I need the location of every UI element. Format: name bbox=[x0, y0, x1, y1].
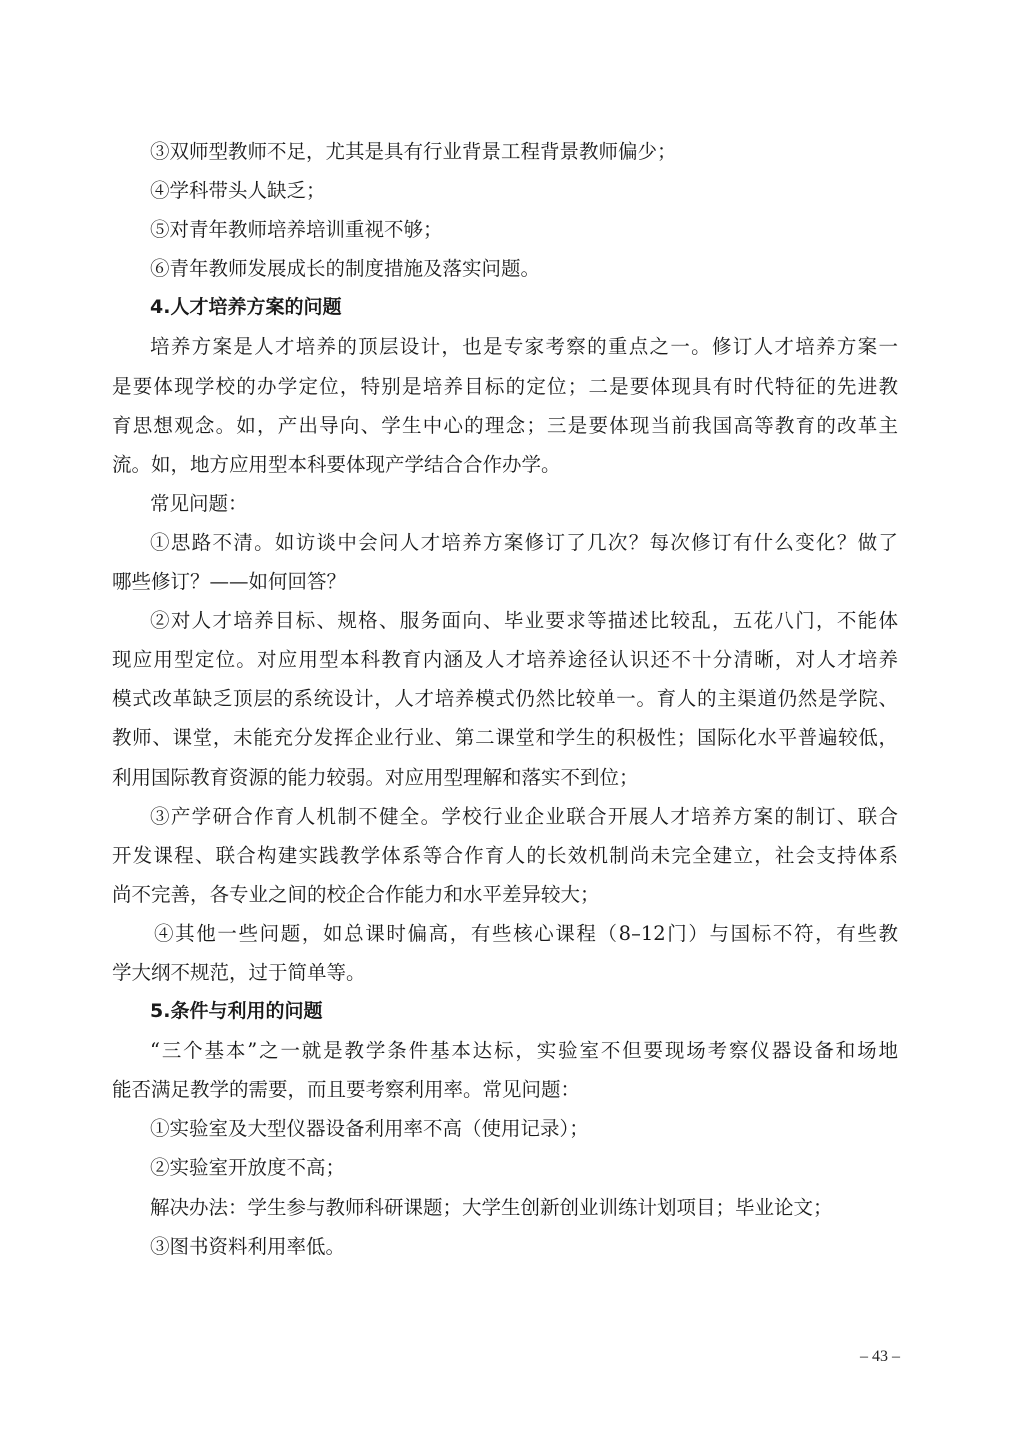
paragraph-line: ②对人才培养目标、规格、服务面向、毕业要求等描述比较乱，五花八门，不能体 bbox=[112, 601, 898, 640]
solution-line: 解决办法：学生参与教师科研课题；大学生创新创业训练计划项目；毕业论文； bbox=[112, 1188, 898, 1227]
list-item: ⑤对青年教师培养培训重视不够； bbox=[112, 210, 898, 249]
paragraph-line: 现应用型定位。对应用型本科教育内涵及人才培养途径认识还不十分清晰，对人才培养 bbox=[112, 640, 898, 679]
paragraph-line: 流。如，地方应用型本科要体现产学结合合作办学。 bbox=[112, 445, 898, 484]
paragraph-line: 是要体现学校的办学定位，特别是培养目标的定位；二是要体现具有时代特征的先进教 bbox=[112, 367, 898, 406]
paragraph-line: 哪些修订？——如何回答？ bbox=[112, 562, 898, 601]
paragraph-line: 培养方案是人才培养的顶层设计，也是专家考察的重点之一。修订人才培养方案一 bbox=[112, 327, 898, 366]
paragraph-line: 学大纲不规范，过于简单等。 bbox=[112, 953, 898, 992]
list-item: ③双师型教师不足，尤其是具有行业背景工程背景教师偏少； bbox=[112, 132, 898, 171]
list-item: ⑥青年教师发展成长的制度措施及落实问题。 bbox=[112, 249, 898, 288]
list-item: ④学科带头人缺乏； bbox=[112, 171, 898, 210]
section-heading: 5.条件与利用的问题 bbox=[112, 992, 898, 1031]
paragraph-line: 模式改革缺乏顶层的系统设计，人才培养模式仍然比较单一。育人的主渠道仍然是学院、 bbox=[112, 679, 898, 718]
paragraph-line: 能否满足教学的需要，而且要考察利用率。常见问题： bbox=[112, 1070, 898, 1109]
paragraph-line: ④其他一些问题，如总课时偏高，有些核心课程（8–12门）与国标不符，有些教 bbox=[112, 914, 898, 953]
paragraph-line: 尚不完善，各专业之间的校企合作能力和水平差异较大； bbox=[112, 875, 898, 914]
paragraph-line: “三个基本”之一就是教学条件基本达标，实验室不但要现场考察仪器设备和场地 bbox=[112, 1031, 898, 1070]
paragraph-line: ①思路不清。如访谈中会问人才培养方案修订了几次？每次修订有什么变化？做了 bbox=[112, 523, 898, 562]
list-item: ②实验室开放度不高； bbox=[112, 1148, 898, 1187]
paragraph-line: 利用国际教育资源的能力较弱。对应用型理解和落实不到位； bbox=[112, 758, 898, 797]
list-item: ①实验室及大型仪器设备利用率不高（使用记录）； bbox=[112, 1109, 898, 1148]
paragraph-line: 育思想观念。如，产出导向、学生中心的理念；三是要体现当前我国高等教育的改革主 bbox=[112, 406, 898, 445]
paragraph-line: ③产学研合作育人机制不健全。学校行业企业联合开展人才培养方案的制订、联合 bbox=[112, 797, 898, 836]
page-number: – 43 – bbox=[860, 1348, 900, 1366]
list-item: ③图书资料利用率低。 bbox=[112, 1227, 898, 1266]
paragraph-line: 教师、课堂，未能充分发挥企业行业、第二课堂和学生的积极性；国际化水平普遍较低， bbox=[112, 718, 898, 757]
document-page: ③双师型教师不足，尤其是具有行业背景工程背景教师偏少； ④学科带头人缺乏； ⑤对… bbox=[112, 132, 898, 1266]
paragraph-line: 开发课程、联合构建实践教学体系等合作育人的长效机制尚未完全建立，社会支持体系 bbox=[112, 836, 898, 875]
section-heading: 4.人才培养方案的问题 bbox=[112, 288, 898, 327]
common-issues-label: 常见问题： bbox=[112, 484, 898, 523]
